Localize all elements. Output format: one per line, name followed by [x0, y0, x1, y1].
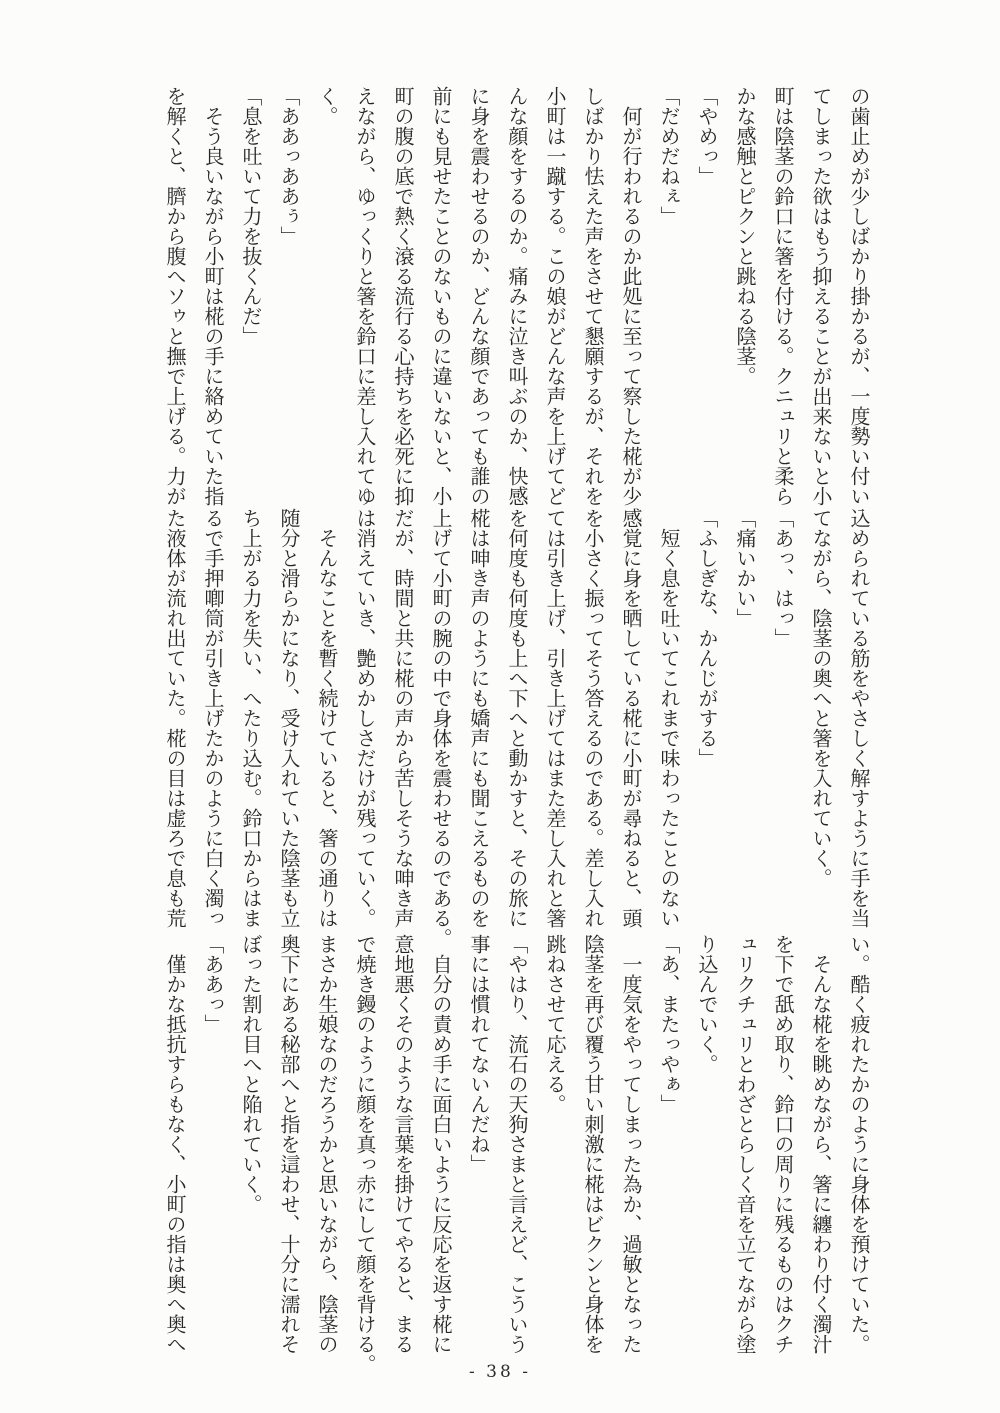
- text-column: た液体が流れ出ていた。椛の目は虚ろで息も荒: [156, 508, 194, 928]
- text-column: 「ああっああぅ」: [270, 86, 308, 506]
- text-column: まさか生娘なのだろうかと思いながら、陰茎の: [308, 934, 346, 1354]
- text-column: り込んでいく。: [688, 934, 726, 1354]
- text-column: るで手押喞筒が引き上げたかのように白く濁っ: [194, 508, 232, 928]
- text-column: 一度気をやってしまった為か、過敏となった: [612, 934, 650, 1354]
- text-column: を小さく振ってそう答えるのである。差し入れ: [574, 508, 612, 928]
- page-number: - 38 -: [469, 1362, 531, 1382]
- text-column: 感覚に身を晒している椛に小町が尋ねると、頭: [612, 508, 650, 928]
- text-column: 「息を吐いて力を抜くんだ」: [232, 86, 270, 506]
- text-column: かな感触とピクンと跳ねる陰茎。: [726, 86, 764, 506]
- text-column: てながら、陰茎の奥へと箸を入れていく。: [802, 508, 840, 928]
- text-column: てしまった欲はもう抑えることが出来ないと小: [802, 86, 840, 506]
- text-column: 込められている筋をやさしく解すように手を当: [840, 508, 878, 928]
- text-column: を解くと、臍から腹へソゥと撫で上げる。力が: [156, 86, 194, 506]
- text-column: を何度も何度も上へ下へと動かすと、その旅に: [498, 508, 536, 928]
- text-column: しばかり怯えた声をさせて懇願するが、それを: [574, 86, 612, 506]
- text-column: 小町は一蹴する。この娘がどんな声を上げてど: [536, 86, 574, 506]
- text-column: 何が行われるのか此処に至って察した椛が少: [612, 86, 650, 506]
- text-column: ち上がる力を失い、へたり込む。鈴口からはま: [232, 508, 270, 928]
- text-column: 事には慣れてないんだね」: [460, 934, 498, 1354]
- text-column: 随分と滑らかになり、受け入れていた陰茎も立: [270, 508, 308, 928]
- text-column: んな顔をするのか。痛みに泣き叫ぶのか、快感: [498, 86, 536, 506]
- text-column: 自分の責め手に面白いように反応を返す椛に: [422, 934, 460, 1354]
- text-column: で焼き鏝のように顔を真っ赤にして顔を背ける。: [346, 934, 384, 1354]
- text-column: 僅かな抵抗すらもなく、小町の指は奥へ奥へ: [156, 934, 194, 1354]
- page-footer: - 38 -: [0, 1362, 1000, 1382]
- text-column: に身を震わせるのか、どんな顔であっても誰の: [460, 86, 498, 506]
- text-column: 「あっ、はっ」: [764, 508, 802, 928]
- text-column: そんなことを暫く続けていると、箸の通りは: [308, 508, 346, 928]
- text-column: 陰茎を再び覆う甘い刺激に椛はビクンと身体を: [574, 934, 612, 1354]
- text-block-1: の歯止めが少しばかり掛かるが、一度勢い付いてしまった欲はもう抑えることが出来ない…: [156, 86, 878, 506]
- text-column: そんな椛を眺めながら、箸に纏わり付く濁汁: [802, 934, 840, 1354]
- text-column: だが、時間と共に椛の声から苦しそうな呻き声: [384, 508, 422, 928]
- text-column: 跳ねさせて応える。: [536, 934, 574, 1354]
- text-column: えながら、ゆっくりと箸を鈴口に差し入れてゆ: [346, 86, 384, 506]
- text-block-3: い。酷く疲れたかのように身体を預けていた。そんな椛を眺めながら、箸に纏わり付く濁…: [156, 934, 878, 1354]
- doujin-novel-page: の歯止めが少しばかり掛かるが、一度勢い付いてしまった欲はもう抑えることが出来ない…: [0, 0, 1000, 1413]
- text-column: 上げて小町の腕の中で身体を震わせるのである。: [422, 508, 460, 928]
- text-column: 奥下にある秘部へと指を這わせ、十分に濡れそ: [270, 934, 308, 1354]
- text-column: ぼった割れ目へと陥れていく。: [232, 934, 270, 1354]
- text-column: ては引き上げ、引き上げてはまた差し入れと箸: [536, 508, 574, 928]
- text-column: の歯止めが少しばかり掛かるが、一度勢い付い: [840, 86, 878, 506]
- text-column: 前にも見せたことのないものに違いないと、小: [422, 86, 460, 506]
- text-column: 意地悪くそのような言葉を掛けてやると、まる: [384, 934, 422, 1354]
- text-column: ュリクチュリとわざとらしく音を立てながら塗: [726, 934, 764, 1354]
- text-column: 「やはり、流石の天狗さまと言えど、こういう: [498, 934, 536, 1354]
- text-column: そう良いながら小町は椛の手に絡めていた指: [194, 86, 232, 506]
- text-column: を下で舐め取り、鈴口の周りに残るものはクチ: [764, 934, 802, 1354]
- text-column: 「ああっ」: [194, 934, 232, 1354]
- text-column: 「やめっ」: [688, 86, 726, 506]
- text-block-2: 込められている筋をやさしく解すように手を当てながら、陰茎の奥へと箸を入れていく。…: [156, 508, 878, 928]
- text-column: は消えていき、艶めかしさだけが残っていく。: [346, 508, 384, 928]
- text-column: 「だめだねぇ」: [650, 86, 688, 506]
- text-column: 町の腹の底で熱く滾る流行る心持ちを必死に抑: [384, 86, 422, 506]
- text-column: 町は陰茎の鈴口に箸を付ける。クニュリと柔ら: [764, 86, 802, 506]
- text-column: い。酷く疲れたかのように身体を預けていた。: [840, 934, 878, 1354]
- text-column: く。: [308, 86, 346, 506]
- text-column: 「痛いかい」: [726, 508, 764, 928]
- text-column: 短く息を吐いてこれまで味わったことのない: [650, 508, 688, 928]
- text-column: 椛は呻き声のようにも嬌声にも聞こえるものを: [460, 508, 498, 928]
- text-column: 「あ、またっやぁ」: [650, 934, 688, 1354]
- text-column: 「ふしぎな、かんじがする」: [688, 508, 726, 928]
